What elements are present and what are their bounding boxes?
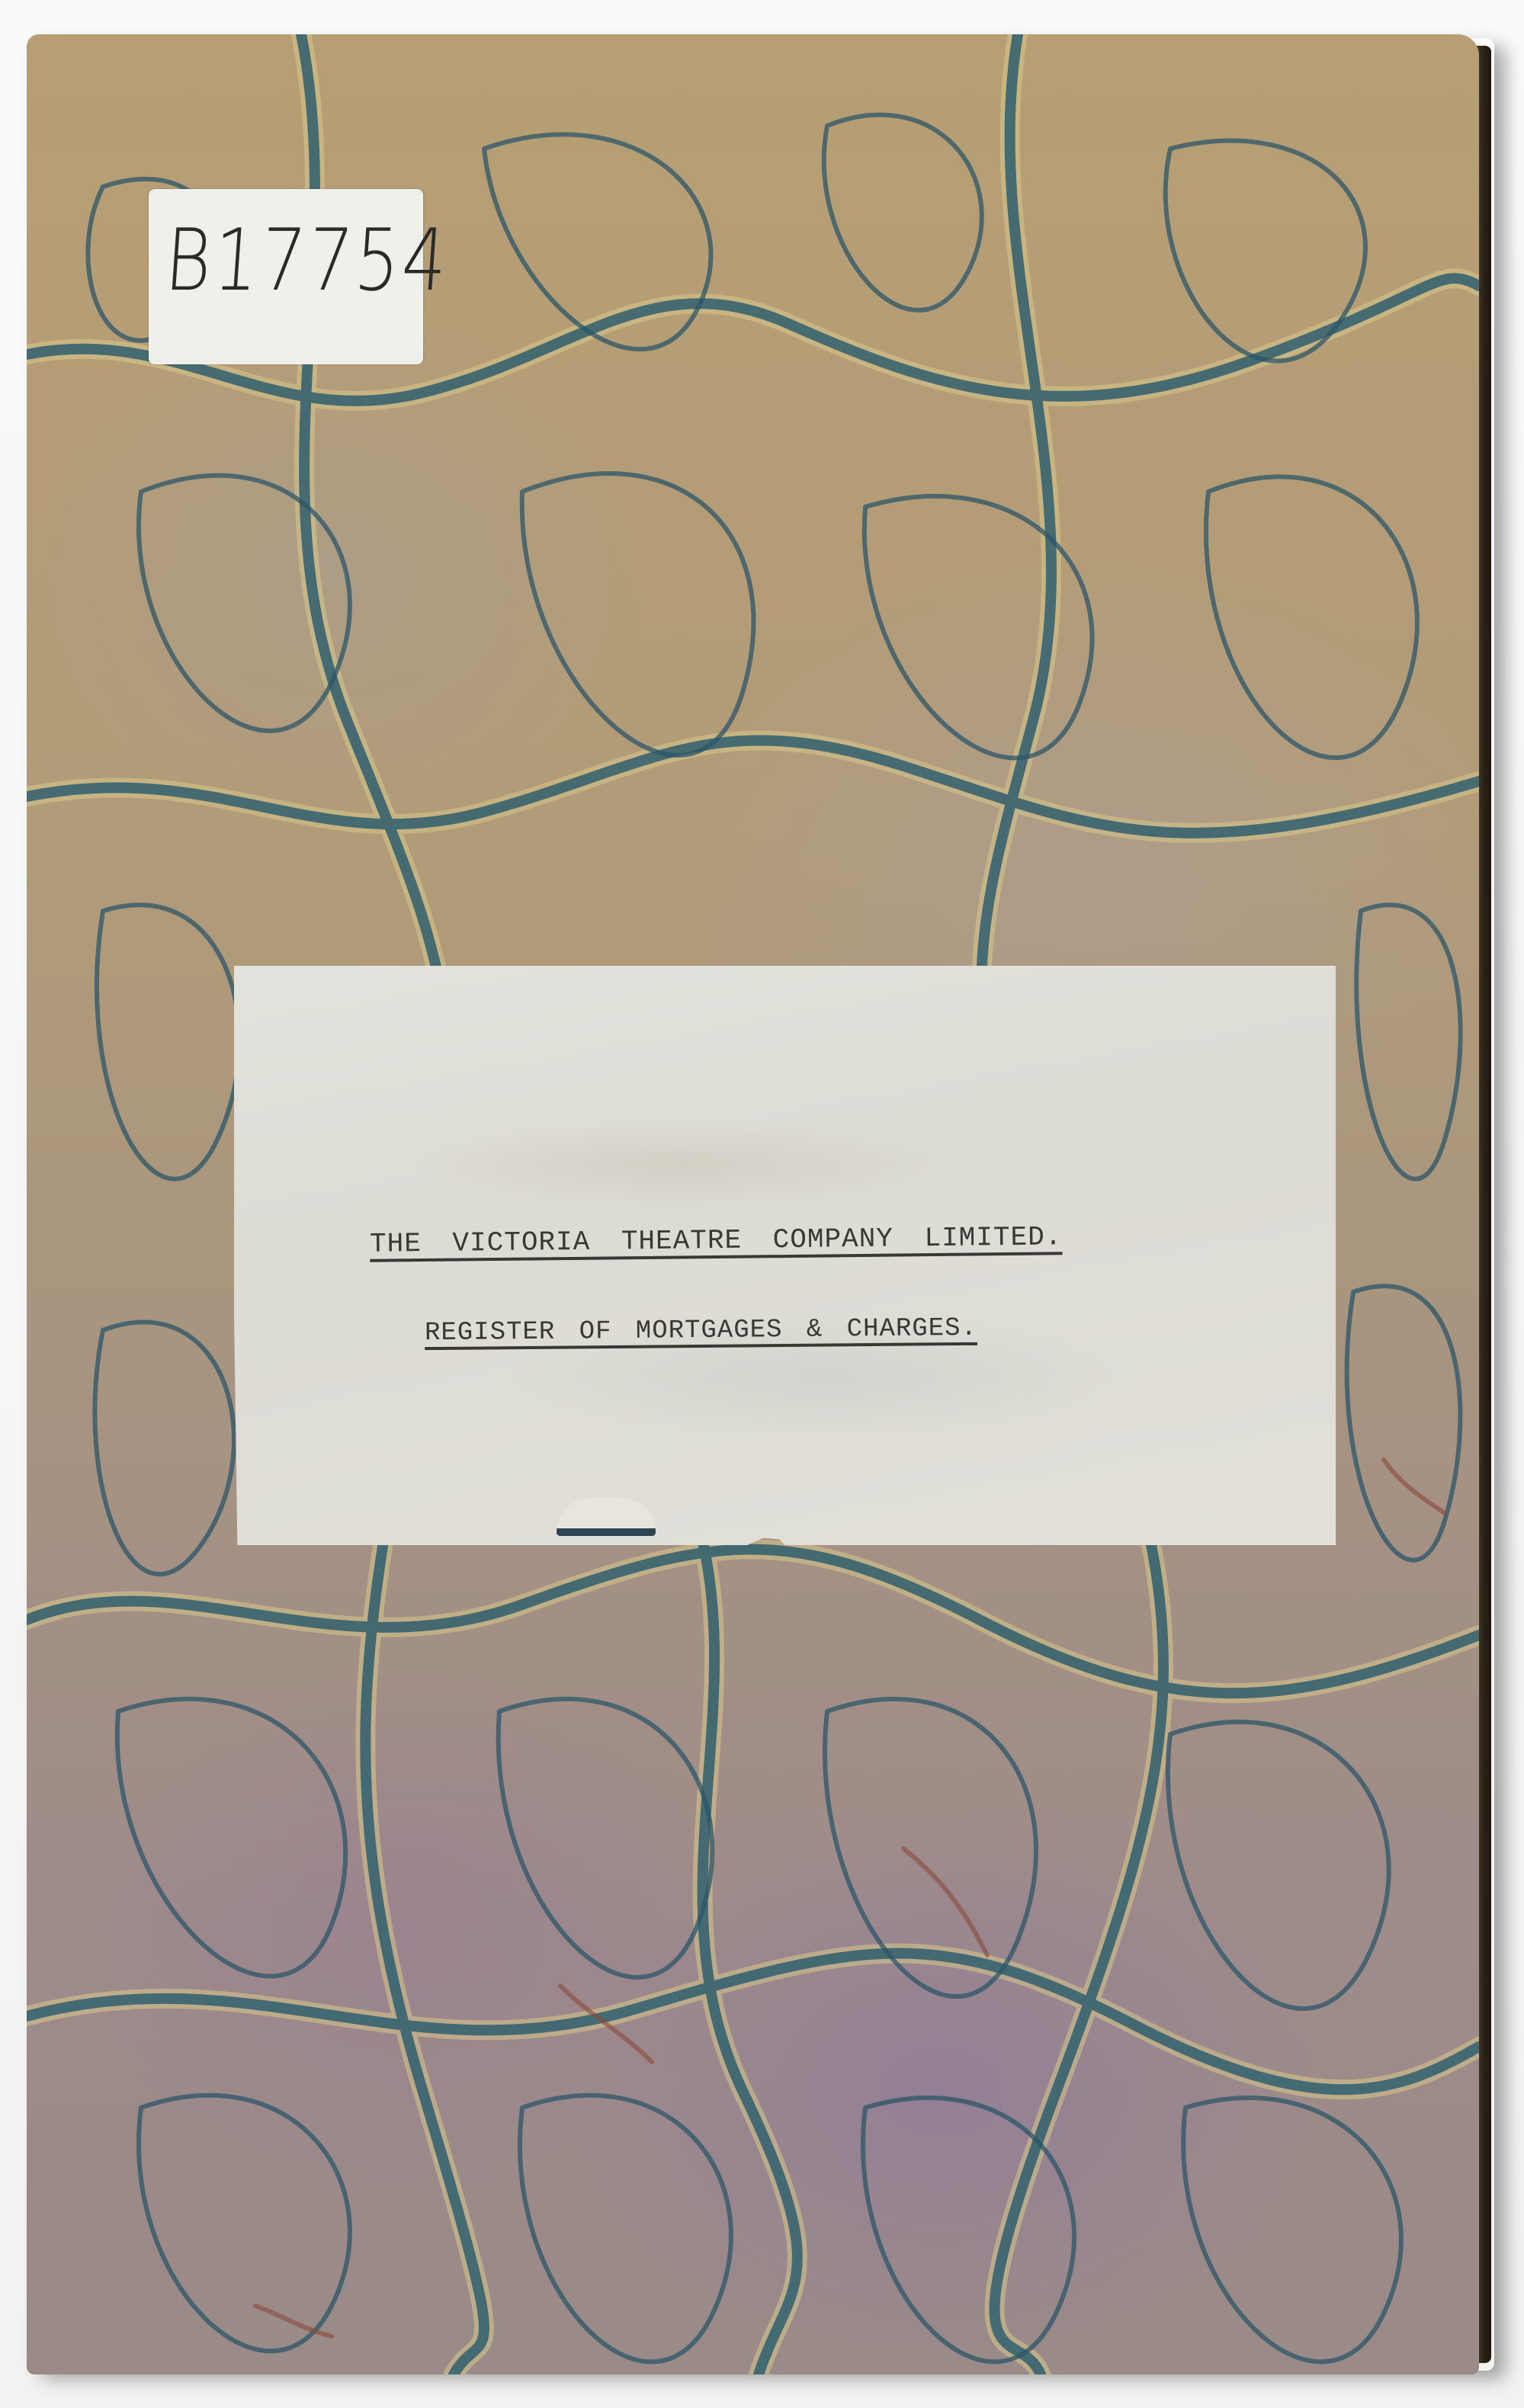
title-label: THE VICTORIA THEATRE COMPANY LIMITED. RE… [234,966,1336,1545]
label-tear [557,1498,656,1536]
register-title: REGISTER OF MORTGAGES & CHARGES. [425,1314,977,1348]
catalog-number-label: B17754 [149,189,423,364]
marbled-book-cover: B17754 THE VICTORIA THEATRE COMPANY LIMI… [27,34,1479,2374]
label-ghost-texture [295,1118,1286,1438]
catalog-number: B17754 [162,218,452,303]
